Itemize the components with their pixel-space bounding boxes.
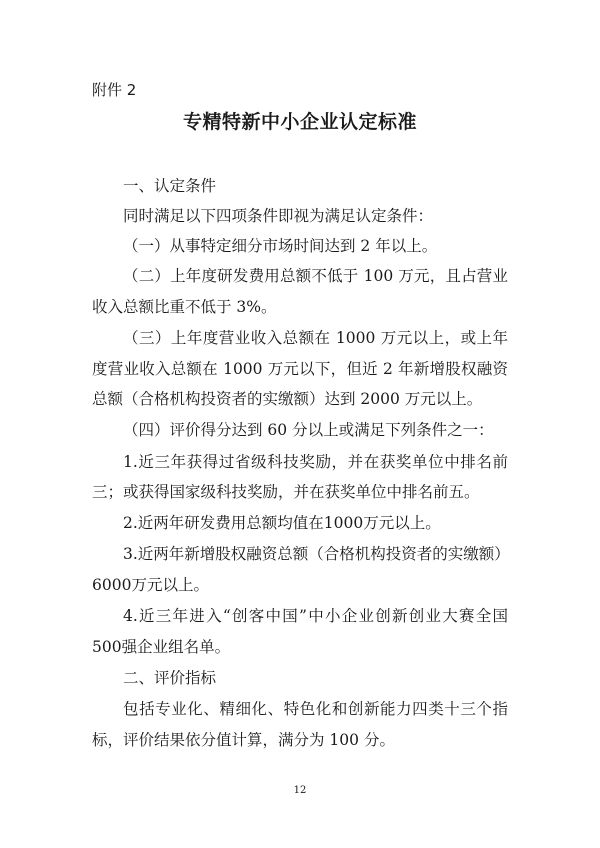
- paragraph-line: 1.近三年获得过省级科技奖励，并在获奖单位中排名前: [123, 452, 508, 472]
- paragraph-line: （四）评价得分达到 60 分以上或满足下列条件之一：: [123, 420, 494, 440]
- section-heading-indicators: 二、评价指标: [123, 668, 216, 688]
- page-title: 专精特新中小企业认定标准: [0, 112, 600, 132]
- paragraph-line: 总额（合格机构投资者的实缴额）达到 2000 万元以上。: [92, 389, 482, 409]
- paragraph-line: 6000万元以上。: [92, 575, 209, 595]
- paragraph-line: 4.近三年进入“创客中国”中小企业创新创业大赛全国: [123, 606, 508, 626]
- attachment-label: 附件 2: [92, 80, 136, 100]
- paragraph-line: （一）从事特定细分市场时间达到 2 年以上。: [123, 236, 437, 256]
- paragraph-line: 3.近两年新增股权融资总额（合格机构投资者的实缴额）: [123, 544, 508, 564]
- page-number: 12: [0, 781, 600, 801]
- paragraph-line: 2.近两年研发费用总额均值在1000万元以上。: [123, 513, 441, 533]
- paragraph-line: 度营业收入总额在 1000 万元以下，但近 2 年新增股权融资: [92, 359, 508, 379]
- paragraph-line: 同时满足以下四项条件即视为满足认定条件：: [123, 206, 433, 226]
- paragraph-line: 包括专业化、精细化、特色化和创新能力四类十三个指: [123, 699, 508, 719]
- paragraph-line: （二）上年度研发费用总额不低于 100 万元，且占营业: [123, 266, 508, 286]
- paragraph-line: （三）上年度营业收入总额在 1000 万元以上，或上年: [123, 328, 508, 348]
- paragraph-line: 三；或获得国家级科技奖励，并在获奖单位中排名前五。: [92, 482, 480, 502]
- section-heading-criteria: 一、认定条件: [123, 176, 216, 196]
- paragraph-line: 收入总额比重不低于 3%。: [92, 297, 277, 317]
- paragraph-line: 500强企业组名单。: [92, 637, 230, 657]
- paragraph-line: 标，评价结果依分值计算，满分为 100 分。: [92, 730, 395, 750]
